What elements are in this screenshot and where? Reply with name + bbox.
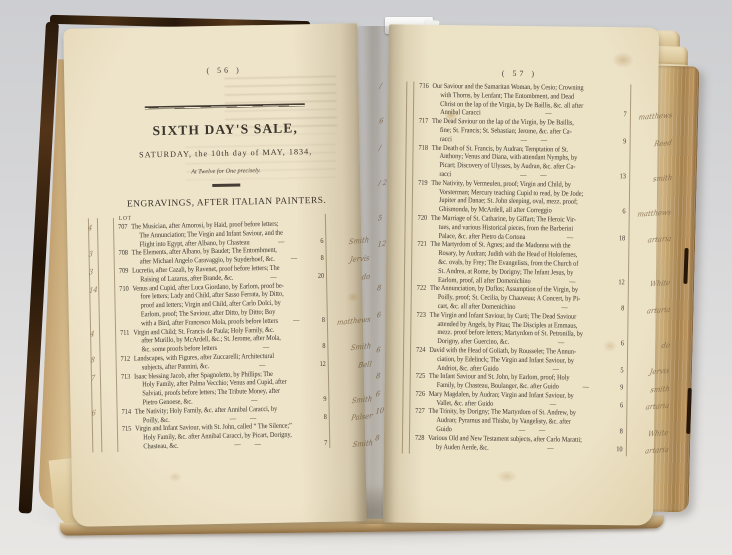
lot-price: 8	[315, 342, 326, 351]
lot-price: 8	[612, 427, 623, 436]
show-through-text	[186, 144, 337, 187]
lot-price: 12	[614, 278, 625, 287]
lot-entry: 3 708 The Elements, after Albano, by Bau…	[118, 245, 323, 267]
lot-number: 720	[418, 214, 428, 223]
lot-description: The Death of St. Francis, by Audran; Tem…	[431, 143, 626, 181]
left-page: ( 56 ) SIXTH DAY'S SALE, SATURDAY, the 1…	[63, 23, 367, 527]
lot-number: 710	[119, 284, 129, 293]
lot-number: 726	[415, 390, 425, 399]
lot-description: Our Saviour and the Samaritan Woman, by …	[432, 82, 627, 120]
lot-description: Various Old and New Testament subjects, …	[428, 434, 623, 454]
lot-price: 8	[314, 316, 325, 325]
lot-line-text: Flight into Egypt, after Albano, by Chas…	[139, 238, 249, 249]
lot-entry: 6 724 David with the Head of Goliath, by…	[416, 346, 624, 375]
lot-price: 7	[317, 439, 328, 448]
lot-entry: 8 712 Landscapes, with Figures, after Zu…	[121, 351, 326, 373]
lot-line: Virgin and Infant Saviour, with St. John…	[135, 421, 327, 433]
lot-line: Holy Family, after Palma Vecchio; Venus …	[134, 377, 326, 389]
lot-number: 713	[121, 372, 131, 381]
margin-rule	[97, 218, 102, 452]
lot-number: 707	[118, 223, 128, 232]
lot-entry: 6 714 The Nativity; Holy Family, &c. aft…	[122, 404, 327, 426]
price-column-rule	[626, 84, 632, 456]
margin-quantity-annotation: 5	[378, 213, 383, 222]
lot-price: 9	[616, 137, 627, 146]
lot-line: Raising of Lazarus, after Brande, &c.—20	[132, 272, 324, 284]
lot-number: 708	[118, 249, 128, 258]
buyer-annotation: Smith	[351, 394, 373, 405]
lot-number: 727	[415, 407, 425, 416]
lot-entry: 4 711 Virgin and Child; St. Francis de P…	[120, 324, 326, 354]
lot-line-text: Raising of Lazarus, after Brande, &c.	[140, 273, 233, 284]
lot-line: by Auden Aerde, &c.—10	[428, 443, 623, 454]
lot-line-text: after Michael Angelo Caravaggio, by Suyd…	[140, 255, 275, 266]
lot-description: The Virgin and Infant Saviour, by Curti;…	[429, 311, 624, 349]
buyer-annotation: Smith	[348, 236, 370, 247]
margin-rule	[409, 82, 415, 454]
lot-line-text: racci	[440, 135, 452, 144]
lot-line-text: racci	[439, 170, 451, 179]
lot-number: 725	[416, 372, 426, 381]
price-leader-dash: —	[275, 254, 314, 264]
margin-quantity-annotation: / 2	[378, 178, 388, 188]
margin-quantity-annotation: 6	[91, 408, 96, 418]
buyer-annotation: smith	[649, 384, 670, 394]
buyer-annotation: Smith	[350, 341, 372, 352]
right-page: ( 57 ) / 716 Our Saviour and the Samarit…	[383, 24, 659, 525]
lot-number: 709	[119, 267, 129, 276]
lot-line: Chasteau, &c.— —7	[135, 439, 327, 451]
lot-column-label: LOT	[119, 216, 132, 222]
lot-entry: 4 707 The Musician, after Amorosi, by Ha…	[118, 219, 324, 249]
price-leader-dash: — —	[170, 413, 317, 425]
lot-price: 18	[615, 234, 626, 243]
margin-rule	[113, 218, 118, 452]
lot-line: &c. some proofs before letters—8	[134, 342, 326, 354]
buyer-annotation: do	[660, 340, 670, 350]
lot-line: after Michael Angelo Caravaggio, by Suyd…	[132, 254, 324, 266]
lot-number: 724	[416, 346, 426, 355]
margin-quantity-annotation: 7	[91, 373, 96, 383]
lot-line: Isaac blessing Jacob, after Spagnoletto,…	[134, 368, 326, 380]
lot-description: The Elements, after Albano, by Baudet; T…	[132, 245, 324, 266]
show-through-text	[224, 76, 337, 136]
margin-quantity-annotation: 4	[88, 223, 93, 233]
left-lot-list: 4 707 The Musician, after Amorosi, by Ha…	[118, 219, 327, 452]
buyer-annotation: smith	[652, 173, 673, 183]
lot-price: 8	[313, 254, 324, 263]
sale-title: SIXTH DAY'S SALE,	[130, 120, 320, 140]
book-photo: { "palette": { "background": "#d6d6d8", …	[0, 0, 732, 555]
lot-number: 721	[417, 240, 427, 249]
lot-description: The Musician, after Amorosi, by Haid, pr…	[131, 219, 323, 249]
lot-entry: 8 728 Various Old and New Testament subj…	[415, 434, 623, 454]
lot-line-text: Poilly, &c.	[143, 415, 170, 424]
lot-entry: 10 727 The Trinity, by Dorigny; The Mart…	[415, 407, 623, 436]
margin-quantity-annotation: 4	[90, 329, 95, 339]
buyer-annotation: matthews	[337, 314, 372, 326]
price-leader-dash: —	[193, 395, 316, 406]
lot-description: The Nativity; Holy Family, &c. after Ann…	[135, 404, 327, 425]
margin-quantity-annotation: /	[378, 143, 381, 152]
margin-rule	[88, 218, 93, 452]
lot-price: 6	[313, 237, 324, 246]
lot-number: 715	[122, 425, 132, 434]
lot-entry: / 716 Our Saviour and the Samaritan Woma…	[419, 82, 627, 120]
price-leader-dash	[552, 213, 615, 214]
lot-price: 8	[614, 304, 625, 313]
lot-number: 718	[418, 143, 428, 152]
lot-line: The Annunciation; The Virgin and Infant …	[131, 228, 323, 240]
margin-quantity-annotation: 8	[377, 283, 382, 292]
lot-line: Earlom, proof; The Saviour, after Ditto,…	[133, 307, 325, 319]
lot-number: 722	[417, 284, 427, 293]
lot-entry: 8 722 The Annunciation, by Duflos; Assum…	[417, 284, 625, 313]
buyer-annotation: do	[361, 271, 371, 281]
price-leader-dash: —	[217, 342, 315, 353]
lot-number: 728	[415, 434, 425, 443]
sale-date: SATURDAY, the 10th day of MAY, 1834,	[126, 147, 326, 160]
lot-number: 712	[121, 355, 131, 364]
margin-quantity-annotation: 14	[89, 284, 98, 294]
lot-entry: / 2 719 The Nativity, by Vermeulen, proo…	[418, 179, 626, 217]
lot-number: 723	[416, 310, 426, 319]
buyer-annotation: White	[648, 428, 670, 438]
lot-number: 719	[418, 179, 428, 188]
lot-line-text: subjects, after Pannini, &c.	[142, 362, 209, 372]
buyer-annotation: Jervis	[649, 366, 670, 376]
margin-quantity-annotation: 6	[375, 389, 380, 398]
lot-description: Isaac blessing Jacob, after Spagnoletto,…	[134, 368, 326, 407]
lot-description: The Dead Saviour on the lap of the Virgi…	[432, 117, 627, 146]
fore-edge-gap	[686, 388, 692, 434]
lot-entry: 12 721 The Martyrdom of St. Agnes; and t…	[417, 240, 625, 287]
lot-line-text: Guido	[436, 425, 452, 434]
price-column-rule	[325, 214, 330, 448]
lot-price: 7	[616, 111, 627, 120]
buyer-annotation: Smith	[352, 438, 374, 449]
lot-line: fore letters; Lady and Child, after Sass…	[133, 289, 325, 301]
lot-number: 716	[419, 82, 429, 91]
lot-price: 12	[315, 360, 326, 369]
margin-quantity-annotation: 3	[88, 250, 93, 260]
lot-line: The Musician, after Amorosi, by Haid, pr…	[131, 219, 323, 231]
lot-description: Lucretia, after Cazali, by Ravenet, proo…	[132, 263, 324, 284]
lot-line: Salviati, proofs before letters; The Tri…	[134, 386, 326, 398]
lot-line-text: by Auden Aerde, &c.	[436, 443, 489, 452]
lot-description: Landscapes, with Figures, after Zuccarel…	[134, 351, 326, 372]
lot-price: 9	[316, 395, 327, 404]
lot-line: Pietro Genoese, &c.—9	[135, 395, 327, 407]
lot-price: 13	[615, 172, 626, 181]
lot-description: Venus and Cupid, after Luca Giordano, by…	[132, 280, 325, 328]
margin-quantity-annotation: 3	[89, 267, 94, 277]
price-leader-dash: —	[489, 443, 612, 453]
lot-line: Venus and Cupid, after Luca Giordano, by…	[132, 280, 324, 292]
lot-price: 8	[316, 412, 327, 421]
buyer-annotation: Reed	[654, 138, 673, 148]
lot-entry: 715 Virgin and Infant Saviour, with St. …	[122, 421, 328, 451]
lot-line: with a Bird, after Francesco Mola, proof…	[133, 316, 325, 328]
lot-price: 9	[613, 383, 624, 392]
short-rule	[212, 183, 240, 186]
lot-line: The Elements, after Albano, by Baudet; T…	[132, 245, 324, 257]
lot-price: 20	[313, 272, 324, 281]
buyer-annotation: artaria	[646, 305, 671, 316]
lot-entry: 7 713 Isaac blessing Jacob, after Spagno…	[121, 368, 327, 407]
lot-price: 5	[613, 366, 624, 375]
lot-line-text: Chasteau, &c.	[143, 442, 178, 451]
lot-number: 714	[122, 407, 132, 416]
margin-rule	[402, 82, 408, 454]
lot-number: 711	[120, 328, 129, 337]
lot-price: 6	[613, 339, 624, 348]
margin-quantity-annotation: 6	[379, 116, 384, 125]
buyer-annotation: Palser	[351, 411, 373, 422]
lot-line: Holy Family, &c. after Annibal Caracci, …	[135, 430, 327, 442]
price-leader-dash: —	[250, 237, 313, 247]
lot-line: Lucretia, after Cazali, by Ravenet, proo…	[132, 263, 324, 275]
lot-price: 6	[615, 207, 626, 216]
margin-quantity-annotation: /	[379, 81, 382, 90]
lot-price: 6	[612, 401, 623, 410]
lot-entry: 6 723 The Virgin and Infant Saviour, by …	[416, 310, 624, 348]
lot-line: subjects, after Pannini, &c.—12	[134, 360, 326, 372]
lot-description: Virgin and Infant Saviour, with St. John…	[135, 421, 327, 451]
section-heading: ENGRAVINGS, AFTER ITALIAN PAINTERS.	[117, 196, 337, 210]
buyer-annotation: Jervis	[350, 253, 371, 264]
sale-time: At Twelve for One precisely.	[131, 166, 321, 177]
right-lot-list: / 716 Our Saviour and the Samaritan Woma…	[415, 82, 627, 454]
lot-line-text: with a Bird, after Francesco Mola, proof…	[141, 317, 278, 328]
lot-line: Flight into Egypt, after Albano, by Chas…	[132, 237, 324, 249]
buyer-annotation: Bell	[358, 359, 373, 369]
price-leader-dash: —	[278, 316, 315, 325]
margin-quantity-annotation: 8	[375, 433, 380, 442]
margin-quantity-annotation: 8	[376, 371, 381, 380]
lot-line-text: Pietro Genoese, &c.	[142, 397, 192, 407]
lot-line: proof and letters; Virgin and Child, aft…	[133, 298, 325, 310]
lot-description: The Nativity, by Vermeulen, proof; Virgi…	[431, 179, 626, 217]
lot-line: Poilly, &c.— —8	[135, 412, 327, 424]
margin-quantity-annotation: 10	[375, 406, 384, 416]
header-double-rule	[145, 103, 305, 109]
lot-line: Landscapes, with Figures, after Zuccarel…	[134, 351, 326, 363]
price-leader-dash: —	[233, 272, 313, 282]
lot-description: The Marriage of St. Catharine, by Giffar…	[431, 214, 626, 243]
lot-description: David with the Head of Goliath, by Rouss…	[429, 346, 624, 375]
lot-entry: 14 710 Venus and Cupid, after Luca Giord…	[119, 280, 325, 328]
lot-description: Virgin and Child; St. Francis de Paula; …	[133, 324, 325, 354]
lot-line: Virgin and Child; St. Francis de Paula; …	[133, 324, 325, 336]
margin-quantity-annotation: 6	[376, 310, 381, 319]
right-page-number: ( 57 )	[424, 68, 614, 79]
lot-description: The Trinity, by Dorigny; The Martyrdom o…	[428, 407, 623, 436]
price-leader-dash: —	[209, 360, 315, 371]
left-page-number: ( 56 )	[129, 64, 319, 77]
lot-entry: 3 709 Lucretia, after Cazali, by Ravenet…	[119, 263, 324, 285]
lot-entry: 5 720 The Marriage of St. Catharine, by …	[417, 214, 625, 243]
lot-description: The Martyrdom of St. Agnes; and the Mado…	[430, 240, 625, 286]
lot-entry: 6 717 The Dead Saviour on the lap of the…	[419, 117, 627, 146]
margin-quantity-annotation: 6	[376, 345, 381, 354]
margin-quantity-annotation: 12	[377, 239, 386, 249]
lot-price: 10	[612, 445, 623, 454]
lot-line-text: &c. some proofs before letters	[141, 344, 217, 354]
photo-background: ( 56 ) SIXTH DAY'S SALE, SATURDAY, the 1…	[0, 0, 732, 555]
margin-quantity-annotation: 8	[90, 355, 95, 365]
lot-description: The Annunciation, by Duflos; Assumption …	[430, 284, 625, 313]
lot-line: after Murillo, by McArdell, &c.; St. Jer…	[133, 333, 325, 345]
price-leader-dash: — —	[178, 439, 316, 450]
lot-number: 717	[419, 117, 429, 126]
lot-line: The Nativity; Holy Family, &c. after Ann…	[135, 404, 327, 416]
lot-entry: / 718 The Death of St. Francis, by Audra…	[418, 143, 626, 181]
